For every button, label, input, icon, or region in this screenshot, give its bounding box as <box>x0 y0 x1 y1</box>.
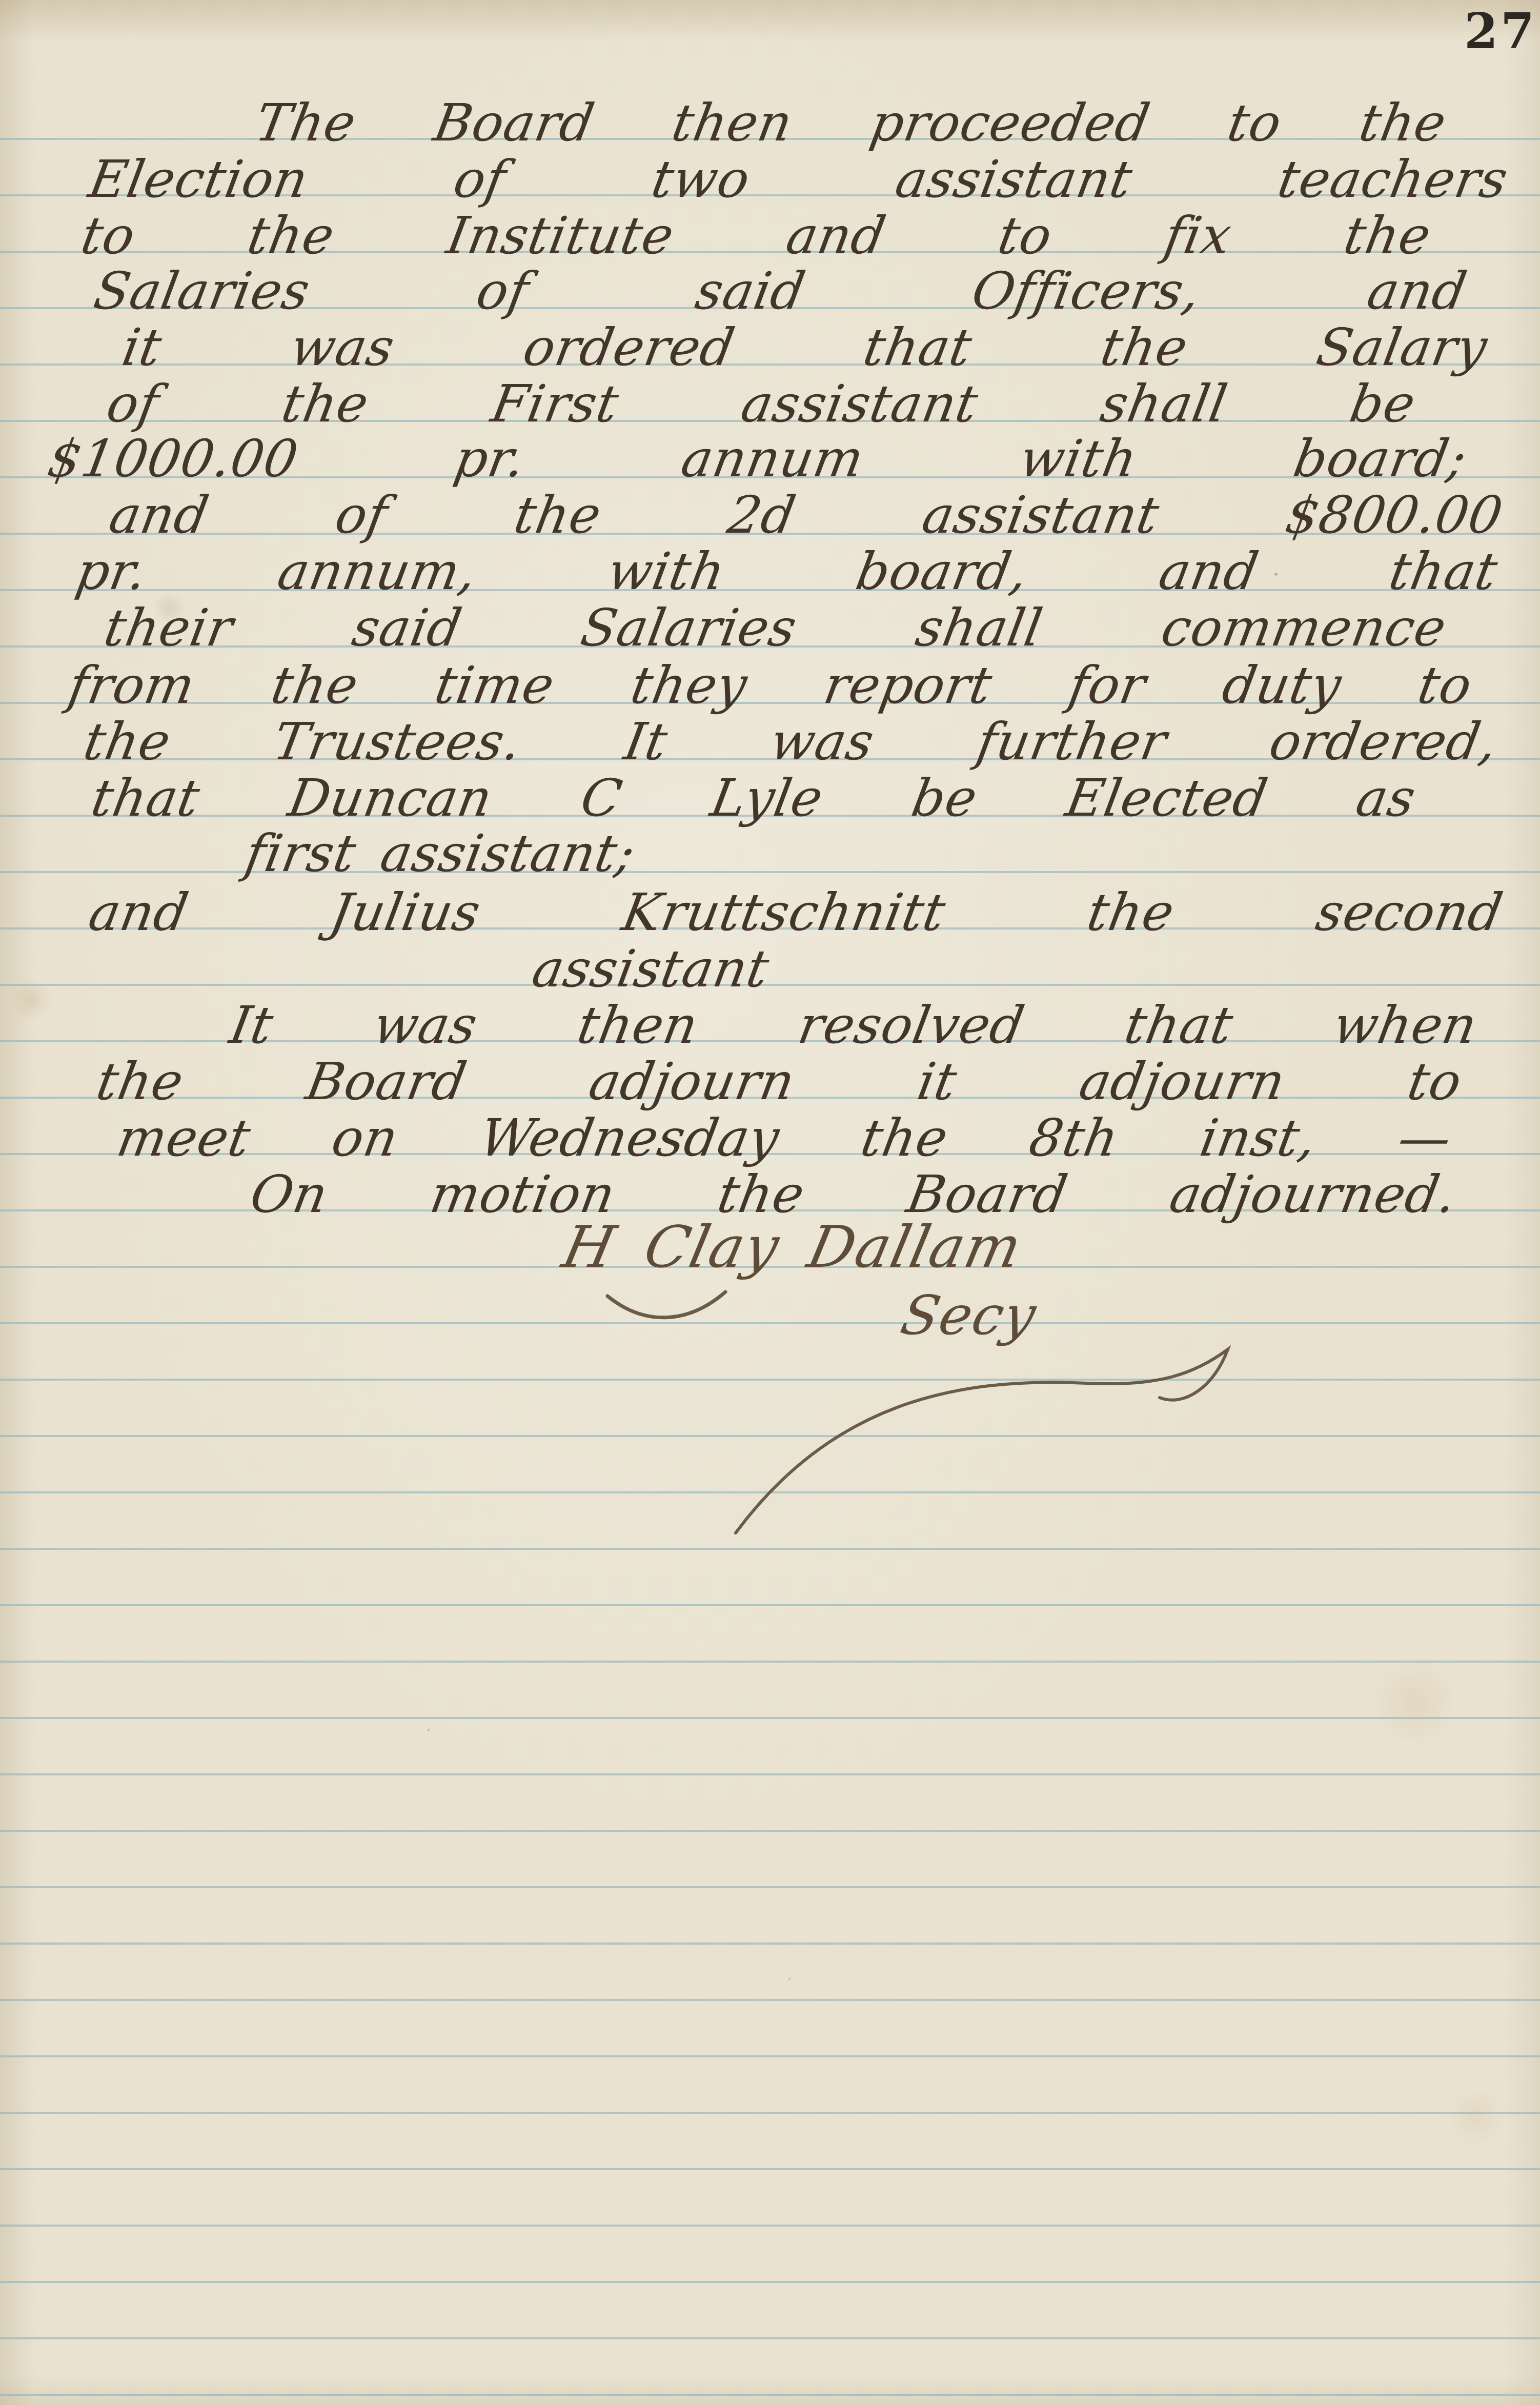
page-number: 273 <box>1464 3 1540 60</box>
manuscript-line: their said Salaries shall commence <box>99 595 1452 661</box>
manuscript-line: and Julius Kruttschnitt the second <box>84 879 1508 946</box>
manuscript-page: 273 The Board then proceeded to the Elec… <box>0 0 1540 2405</box>
manuscript-line: first assistant; <box>240 820 641 887</box>
signature-name: H Clay Dallam <box>557 1214 1028 1281</box>
signature-title: Secy <box>896 1284 1042 1347</box>
